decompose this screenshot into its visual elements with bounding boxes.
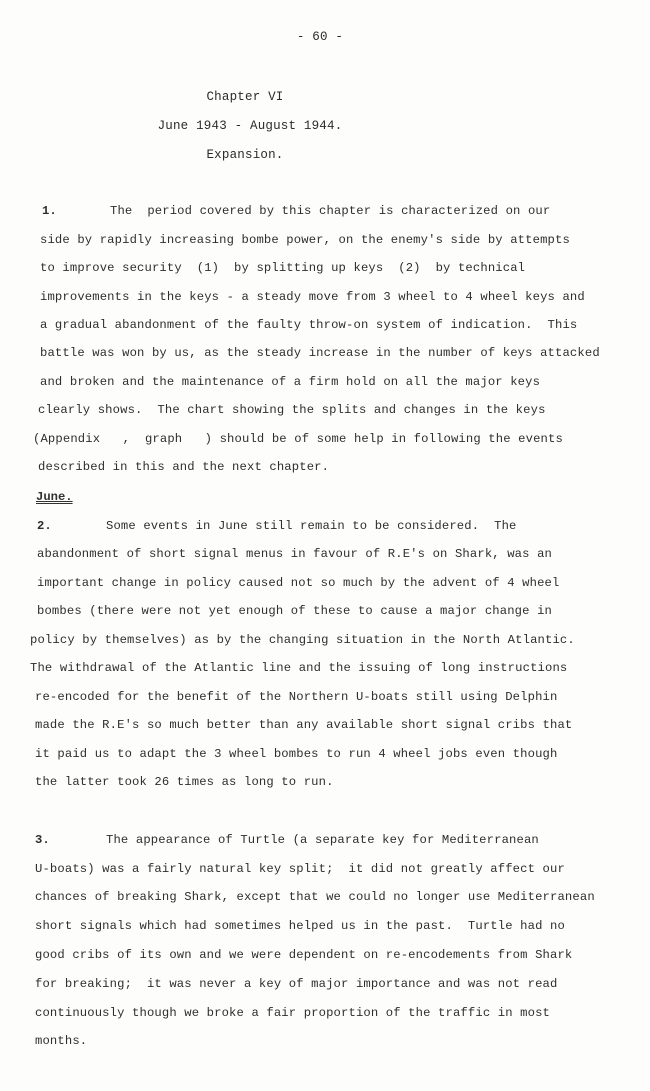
paragraph-3-number: 3. [35,833,50,847]
document-page: - 60 - Chapter VI June 1943 - August 194… [0,0,650,1091]
paragraph-1-line: and broken and the maintenance of a firm… [40,375,540,389]
paragraph-2-line: Some events in June still remain to be c… [106,519,517,533]
paragraph-1-line: to improve security (1) by splitting up … [40,261,525,275]
paragraph-1-line: improvements in the keys - a steady move… [40,290,585,304]
paragraph-1-line: described in this and the next chapter. [38,460,329,474]
paragraph-1-line: a gradual abandonment of the faulty thro… [40,318,577,332]
paragraph-1-number: 1. [42,204,57,218]
paragraph-1-line: The period covered by this chapter is ch… [110,204,550,218]
paragraph-1-line: battle was won by us, as the steady incr… [40,346,600,360]
paragraph-2-line: the latter took 26 times as long to run. [35,775,334,789]
paragraph-3-line: U-boats) was a fairly natural key split;… [35,862,565,876]
paragraph-2-line: abandonment of short signal menus in fav… [37,547,552,561]
paragraph-3-line: continuously though we broke a fair prop… [35,1006,550,1020]
paragraph-3-line: short signals which had sometimes helped… [35,919,565,933]
paragraph-2-line: re-encoded for the benefit of the Northe… [35,690,557,704]
paragraph-3-line: good cribs of its own and we were depend… [35,948,572,962]
section-heading-june: June. [36,490,73,504]
chapter-date-range: June 1943 - August 1944. [0,119,575,133]
paragraph-1-line: (Appendix , graph ) should be of some he… [33,432,563,446]
page-number: - 60 - [0,30,645,44]
paragraph-2-line: policy by themselves) as by the changing… [30,633,575,647]
paragraph-1-line: side by rapidly increasing bombe power, … [40,233,570,247]
paragraph-3-line: The appearance of Turtle (a separate key… [106,833,539,847]
paragraph-2-line: bombes (there were not yet enough of the… [37,604,552,618]
chapter-subtitle: Expansion. [0,148,570,162]
paragraph-2-line: made the R.E's so much better than any a… [35,718,572,732]
paragraph-2-line: The withdrawal of the Atlantic line and … [30,661,567,675]
paragraph-2-line: important change in policy caused not so… [37,576,559,590]
paragraph-1-line: clearly shows. The chart showing the spl… [38,403,546,417]
paragraph-2-line: it paid us to adapt the 3 wheel bombes t… [35,747,557,761]
paragraph-2-number: 2. [37,519,52,533]
paragraph-3-line: months. [35,1034,87,1048]
chapter-title: Chapter VI [0,90,570,104]
paragraph-3-line: for breaking; it was never a key of majo… [35,977,557,991]
paragraph-3-line: chances of breaking Shark, except that w… [35,890,595,904]
